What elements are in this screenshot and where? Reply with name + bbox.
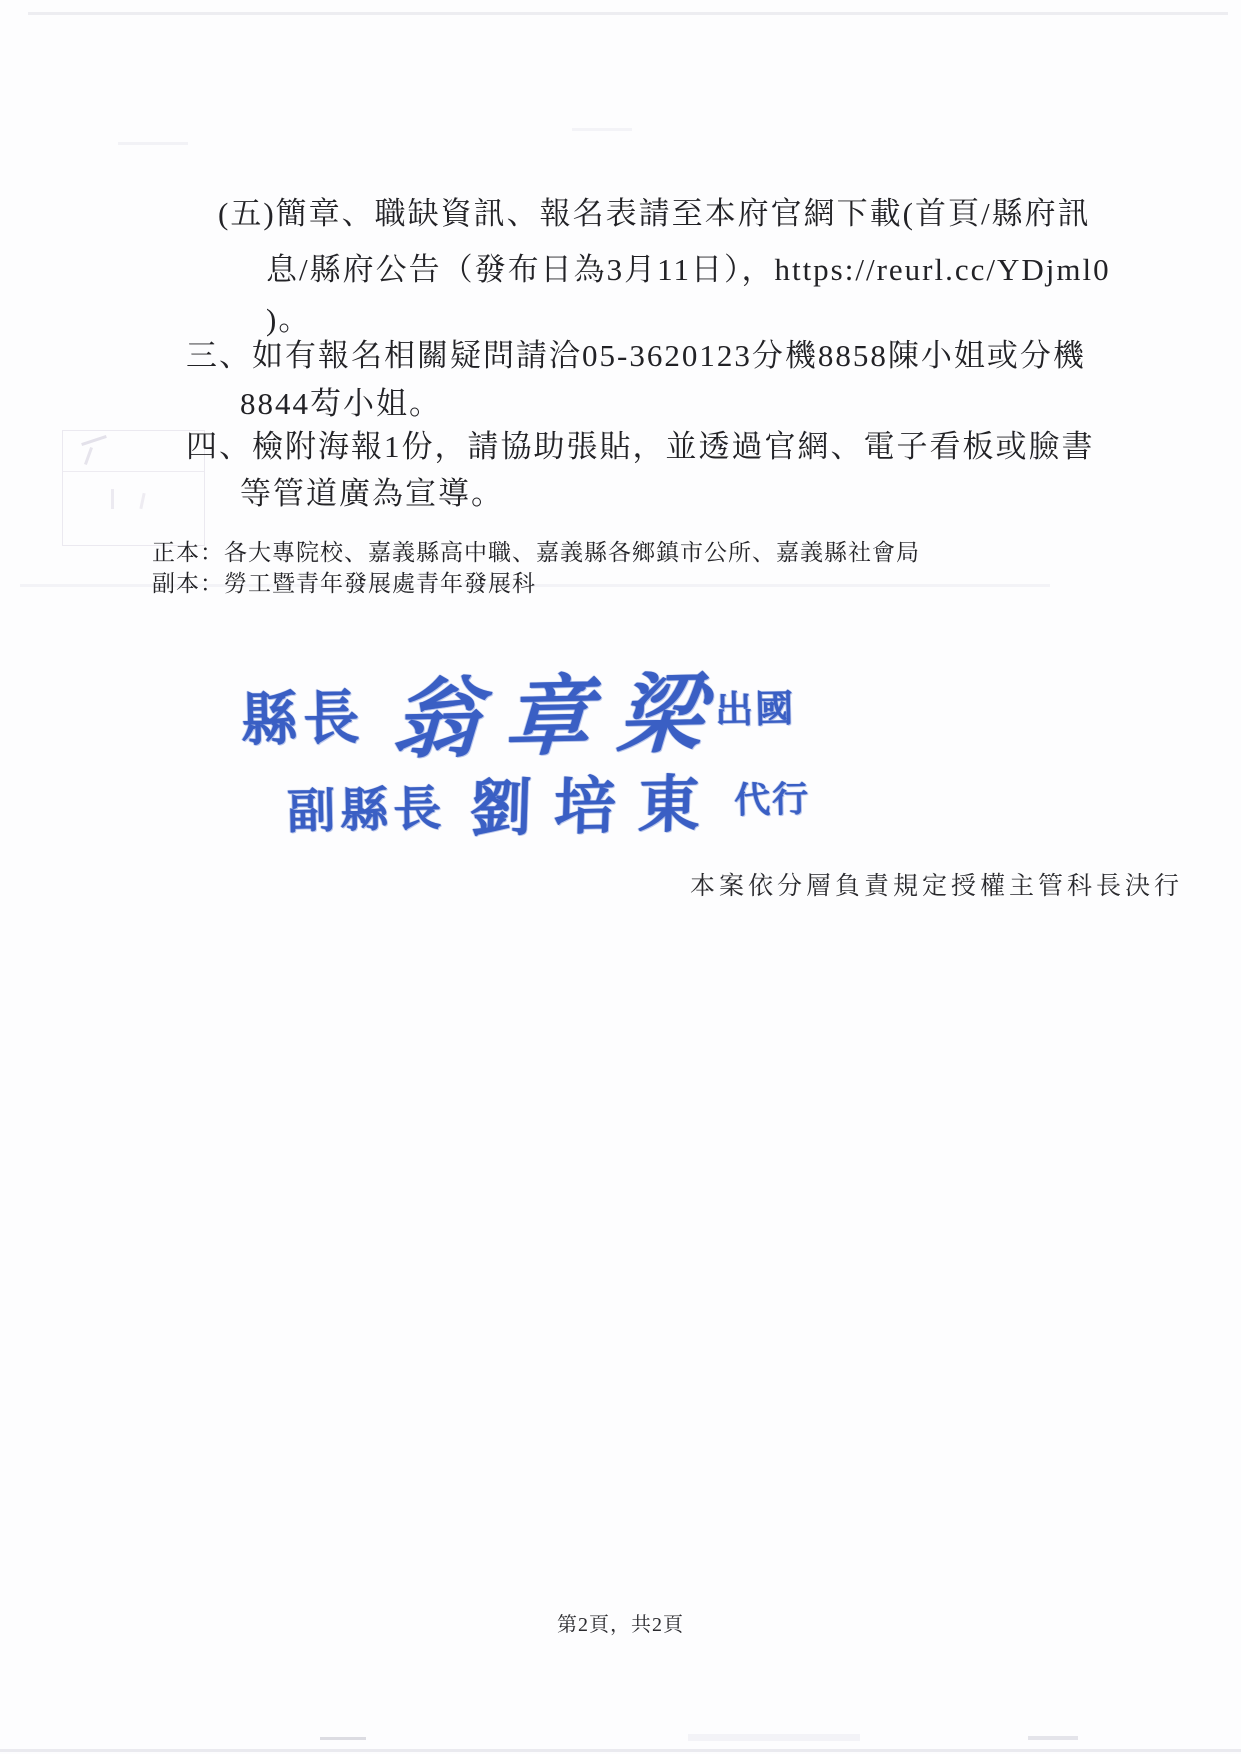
- scan-artifact-dash: [688, 1734, 860, 1741]
- authorization-note: 本案依分層負責規定授權主管科長決行: [690, 866, 1183, 902]
- scan-artifact-dash: [1028, 1736, 1078, 1740]
- scan-artifact-dash: [572, 128, 632, 131]
- magistrate-title: 縣長: [240, 671, 366, 758]
- faint-handwriting-mark: [81, 435, 107, 446]
- faint-handwriting-mark: [139, 493, 145, 509]
- recipient-carbon-copy-line: 副本：勞工暨青年發展處青年發展科: [152, 565, 536, 598]
- scan-artifact-bottom-edge: [0, 1749, 1241, 1752]
- scan-artifact-dash: [118, 142, 188, 145]
- item-3-line-1: 三、如有報名相關疑問請洽05-3620123分機8858陳小姐或分機: [186, 330, 1086, 375]
- deputy-status-note: 代行: [734, 771, 811, 824]
- faint-box-divider: [63, 471, 204, 472]
- scanned-official-letter-page-2: (五)簡章、職缺資訊、報名表請至本府官網下載(首頁/縣府訊 息/縣府公告（發布日…: [0, 0, 1241, 1754]
- deputy-title: 副縣長: [286, 770, 446, 842]
- item-3-line-2: 8844芶小姐。: [240, 378, 442, 423]
- page-number-footer: 第2頁，共2頁: [0, 1608, 1241, 1637]
- recipient-original-line: 正本：各大專院校、嘉義縣高中職、嘉義縣各鄉鎮市公所、嘉義縣社會局: [152, 534, 920, 567]
- faint-received-stamp-box: [62, 430, 205, 546]
- item-4-line-2: 等管道廣為宣導。: [240, 468, 504, 513]
- item-5-line-2: 息/縣府公告（發布日為3月11日），https://reurl.cc/YDjml…: [266, 244, 1111, 289]
- stamp-line-deputy: 副縣長 劉培東 代行: [286, 752, 811, 852]
- faint-handwriting-mark: [111, 489, 114, 509]
- faint-handwriting-mark: [84, 447, 93, 465]
- item-5-line-1: (五)簡章、職缺資訊、報名表請至本府官網下載(首頁/縣府訊: [218, 188, 1091, 233]
- magistrate-signature-stamp: 縣長 翁章梁 出國 副縣長 劉培東 代行: [240, 642, 811, 853]
- item-4-line-1: 四、檢附海報1份，請協助張貼，並透過官網、電子看板或臉書: [186, 421, 1095, 466]
- scan-artifact-dash: [320, 1737, 366, 1740]
- deputy-name: 劉培東: [469, 754, 724, 848]
- scan-artifact-top-edge: [28, 12, 1228, 15]
